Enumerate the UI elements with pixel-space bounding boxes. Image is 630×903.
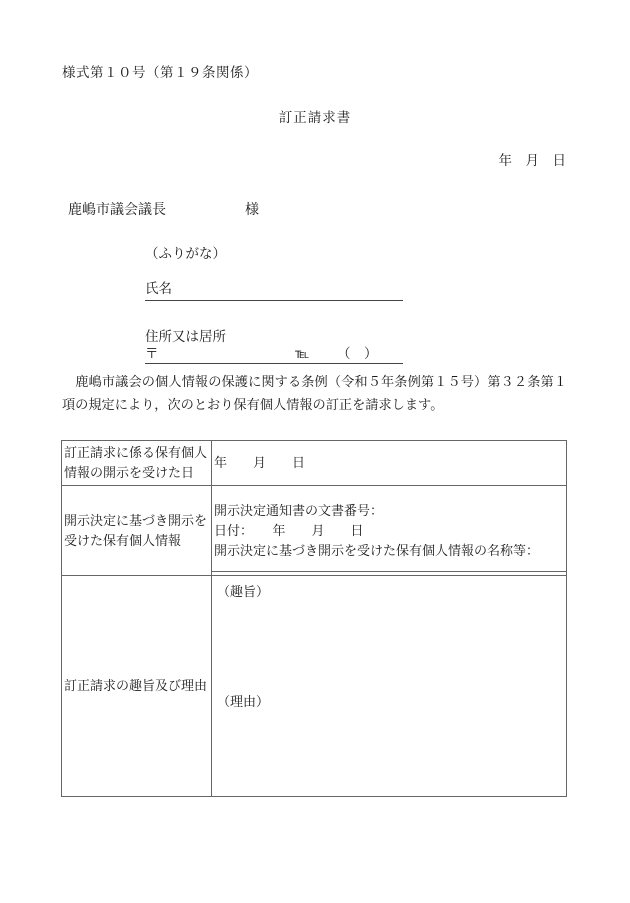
postal-mark-icon: 〒 — [145, 342, 159, 362]
recipient-honorific: 様 — [245, 201, 259, 217]
applicant-block: （ふりがな） 氏名 住所又は居所 〒 ℡ （ ） — [145, 242, 403, 364]
date-line: 年 月 日 — [499, 149, 567, 169]
disclosed-info-cell: 開示決定通知書の文書番号： 日付： 年 月 日 開示決定に基づき開示を受けた保有… — [212, 486, 567, 576]
reason-label: （理由） — [217, 692, 269, 712]
row-label-purport-reason: 訂正請求の趣旨及び理由 — [62, 576, 212, 797]
doc-number-line: 開示決定通知書の文書番号： — [214, 501, 564, 521]
purport-label: （趣旨） — [217, 582, 269, 602]
form-number-text: 様式第１０号（第１９条関係） — [62, 61, 258, 81]
disclosure-date-value: 年 月 日 — [212, 441, 567, 486]
tel-symbol: ℡ — [295, 346, 310, 362]
request-table: 訂正請求に係る保有個人情報の開示を受けた日 年 月 日 開示決定に基づき開示を受… — [61, 440, 567, 797]
name-fill-line: 氏名 — [145, 263, 403, 301]
document-page: 様式第１０号（第１９条関係） 訂正請求書 年 月 日 鹿嶋市議会議長様 （ふりが… — [0, 0, 630, 903]
table-row-purport-reason: 訂正請求の趣旨及び理由 （趣旨） （理由） — [62, 576, 567, 797]
recipient-name: 鹿嶋市議会議長 — [68, 201, 166, 217]
row-label-disclosure-date: 訂正請求に係る保有個人情報の開示を受けた日 — [62, 441, 212, 486]
row-label-disclosed-info: 開示決定に基づき開示を受けた保有個人情報 — [62, 486, 212, 576]
doc-date-line: 日付： 年 月 日 — [214, 521, 564, 541]
postal-tel-fill-line: 〒 ℡ （ ） — [145, 345, 403, 364]
document-title: 訂正請求書 — [0, 106, 630, 126]
table-row-disclosure-date: 訂正請求に係る保有個人情報の開示を受けた日 年 月 日 — [62, 441, 567, 486]
name-label: 氏名 — [145, 277, 172, 297]
table-row-disclosed-info: 開示決定に基づき開示を受けた保有個人情報 開示決定通知書の文書番号： 日付： 年… — [62, 486, 567, 576]
tel-area-parens: （ ） — [337, 342, 378, 362]
furigana-label: （ふりがな） — [145, 242, 403, 263]
body-paragraph: 鹿嶋市議会の個人情報の保護に関する条例（令和５年条例第１５号）第３２条第１項の規… — [62, 370, 567, 416]
cell-inner-underline — [212, 571, 566, 572]
purport-reason-cell: （趣旨） （理由） — [212, 576, 567, 797]
info-name-line: 開示決定に基づき開示を受けた保有個人情報の名称等： — [214, 541, 564, 561]
addressee-line: 鹿嶋市議会議長様 — [68, 199, 259, 219]
